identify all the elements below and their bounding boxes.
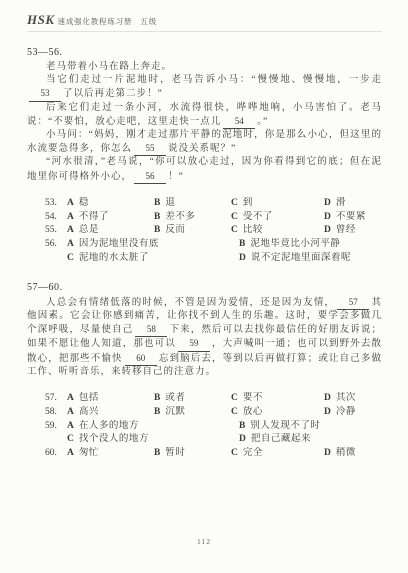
option-letter: A [67,447,74,461]
question-range-label: 53—56. [27,47,382,58]
story-paragraph: 当它们走过一片泥地时，老马告诉小马：“慢慢地、慢慢地，一步走53了以后再走第二步… [27,74,382,101]
option-text: 暂时 [165,447,185,461]
option-letter: A [67,392,74,406]
option-text: 放心 [243,406,263,420]
option-a: A高兴 [67,406,154,420]
blank-58: 58 [135,323,167,337]
question-row-56: 56. A因为泥地里没有底 B泥地毕竟比小河平静 [45,238,382,252]
option-text: 稳 [79,197,89,211]
option-text: 稍微 [336,447,356,461]
page-header: HSK 速成强化教程练习册 五级 [27,12,382,32]
question-row-56-cont: C泥地的水太脏了 D说不定泥地里面深着呢 [45,252,382,266]
option-d: D稍微 [324,447,382,461]
option-text: 要不 [243,392,263,406]
question-number-spacer [45,433,67,447]
option-text: 高兴 [79,406,99,420]
paragraph-text: ！” [168,172,184,182]
option-c: C找个没人的地方 [67,433,239,447]
blank-60: 60 [125,352,157,366]
option-d: D滑 [324,197,382,211]
question-row-55: 55. A总是 B反而 C比较 D曾经 [45,224,382,238]
option-text: 滑 [336,197,346,211]
paragraph-text: 。” [257,117,268,127]
question-row-59-cont: C找个没人的地方 D把自己藏起来 [45,433,382,447]
option-letter: C [231,197,238,211]
question-range-label: 57—60. [27,282,382,293]
question-number: 60. [45,447,67,461]
option-letter: D [324,197,331,211]
option-a: A总是 [67,224,154,238]
paragraph-text: “河水很清，”老马说，“你可以放心走过，因为你看得到它的底；但在泥地里你可得格外… [27,157,382,181]
option-d: D冷静 [324,406,382,420]
option-text: 包括 [79,392,99,406]
option-letter: B [154,197,160,211]
option-c: C要不 [231,392,324,406]
option-letter: A [67,211,74,225]
paragraph-text: 后来它们走过一条小河，水流得很快，哗哗地响，小马害怕了。老马说：“不要怕，放心走… [27,103,382,127]
option-letter: C [231,211,238,225]
option-text: 冷静 [336,406,356,420]
option-letter: C [67,252,74,266]
option-letter: D [239,433,246,447]
option-b: B泥地毕竟比小河平静 [239,238,382,252]
story-paragraph: “河水很清，”老马说，“你可以放心走过，因为你看得到它的底；但在泥地里你可得格外… [27,156,382,183]
option-c: C受不了 [231,211,324,225]
option-letter: D [324,447,331,461]
option-c: C放心 [231,406,324,420]
option-text: 完全 [243,447,263,461]
option-text: 不要紧 [336,211,366,225]
blank-56: 56 [134,170,166,184]
option-letter: B [154,224,160,238]
question-number: 53. [45,197,67,211]
option-a: A包括 [67,392,154,406]
section-57-60: 57—60. 人总会有情绪低落的时候，不管是因为爱情，还是因为友情，57其他因素… [27,282,382,461]
option-letter: A [67,406,74,420]
question-number: 57. [45,392,67,406]
question-row-59: 59. A在人多的地方 B别人发现不了时 [45,420,382,434]
option-letter: D [324,211,331,225]
option-letter: B [154,447,160,461]
option-letter: C [231,392,238,406]
option-text: 退 [165,197,175,211]
option-c: C到 [231,197,324,211]
option-text: 不得了 [79,211,109,225]
option-text: 反而 [165,224,185,238]
story-text: 老马带着小马在路上奔走。 当它们走过一片泥地时，老马告诉小马：“慢慢地、慢慢地，… [27,61,382,184]
question-number: 59. [45,420,67,434]
option-letter: A [67,197,74,211]
option-b: B反而 [154,224,231,238]
option-d: D不要紧 [324,211,382,225]
question-number: 56. [45,238,67,252]
option-b: B沉默 [154,406,231,420]
option-letter: D [324,392,331,406]
option-letter: D [239,252,246,266]
blank-54: 54 [223,115,255,129]
question-number: 58. [45,406,67,420]
option-a: A因为泥地里没有底 [67,238,239,252]
option-d: D把自己藏起来 [239,433,382,447]
blank-57: 57 [337,296,369,310]
option-text: 匆忙 [79,447,99,461]
option-text: 差不多 [165,211,195,225]
option-letter: D [324,224,331,238]
option-letter: C [231,224,238,238]
blank-53: 53 [29,87,61,101]
option-letter: B [239,238,245,252]
option-letter: A [67,224,74,238]
option-b: B差不多 [154,211,231,225]
option-letter: C [231,447,238,461]
story-paragraph: 小马问：“妈妈，刚才走过那片平静的泥地时，你是那么小心，但这里的水流要急得多，你… [27,129,382,156]
option-b: B别人发现不了时 [239,420,382,434]
paragraph-text: 了以后再走第二步！” [63,89,163,99]
option-text: 把自己藏起来 [251,433,311,447]
story-paragraph: 老马带着小马在路上奔走。 [27,61,382,74]
option-letter: C [231,406,238,420]
option-text: 其次 [336,392,356,406]
question-block-57-60: 57. A包括 B或者 C要不 D其次 58. A高兴 B沉默 C放心 D冷静 … [45,392,382,461]
option-letter: B [239,420,245,434]
option-a: A稳 [67,197,154,211]
question-row-54: 54. A不得了 B差不多 C受不了 D不要紧 [45,211,382,225]
question-row-53: 53. A稳 B退 C到 D滑 [45,197,382,211]
hsk-logo: HSK [27,12,55,28]
option-c: C泥地的水太脏了 [67,252,239,266]
question-number-spacer [45,252,67,266]
question-number: 54. [45,211,67,225]
header-title: 速成强化教程练习册 [58,16,133,27]
paragraph-text: 当它们走过一片泥地时，老马告诉小马：“慢慢地、慢慢地，一步走 [46,75,382,85]
question-row-60: 60. A匆忙 B暂时 C完全 D稍微 [45,447,382,461]
option-text: 找个没人的地方 [79,433,149,447]
option-text: 说不定泥地里面深着呢 [251,252,351,266]
option-b: B暂时 [154,447,231,461]
section-53-56: 53—56. 老马带着小马在路上奔走。 当它们走过一片泥地时，老马告诉小马：“慢… [27,47,382,266]
option-d: D说不定泥地里面深着呢 [239,252,382,266]
option-text: 受不了 [243,211,273,225]
option-text: 或者 [165,392,185,406]
option-a: A不得了 [67,211,154,225]
option-text: 泥地毕竟比小河平静 [250,238,340,252]
option-letter: B [154,406,160,420]
question-row-58: 58. A高兴 B沉默 C放心 D冷静 [45,406,382,420]
option-text: 曾经 [336,224,356,238]
option-text: 因为泥地里没有底 [79,238,159,252]
paragraph-text: 老马带着小马在路上奔走。 [46,62,172,72]
question-number: 55. [45,224,67,238]
option-letter: A [67,238,74,252]
blank-55: 55 [134,142,166,156]
paragraph-text: 说没关系呢？” [168,144,236,154]
page-number: 112 [0,537,408,546]
workbook-page: HSK 速成强化教程练习册 五级 53—56. 老马带着小马在路上奔走。 当它们… [0,0,408,573]
option-text: 总是 [79,224,99,238]
option-letter: C [67,433,74,447]
option-letter: B [154,211,160,225]
option-text: 沉默 [165,406,185,420]
story-paragraph: 人总会有情绪低落的时候，不管是因为爱情，还是因为友情，57其他因素。它会让你感到… [27,296,382,379]
option-c: C比较 [231,224,324,238]
header-level: 五级 [140,16,157,27]
story-text: 人总会有情绪低落的时候，不管是因为爱情，还是因为友情，57其他因素。它会让你感到… [27,296,382,379]
option-letter: A [67,420,74,434]
option-text: 泥地的水太脏了 [79,252,149,266]
option-text: 到 [243,197,253,211]
option-a: A匆忙 [67,447,154,461]
option-text: 比较 [243,224,263,238]
option-text: 别人发现不了时 [250,420,320,434]
story-paragraph: 后来它们走过一条小河，水流得很快，哗哗地响，小马害怕了。老马说：“不要怕，放心走… [27,102,382,129]
option-d: D曾经 [324,224,382,238]
question-block-53-56: 53. A稳 B退 C到 D滑 54. A不得了 B差不多 C受不了 D不要紧 … [45,197,382,266]
option-text: 在人多的地方 [79,420,139,434]
option-b: B或者 [154,392,231,406]
option-letter: D [324,406,331,420]
option-d: D其次 [324,392,382,406]
question-row-57: 57. A包括 B或者 C要不 D其次 [45,392,382,406]
option-a: A在人多的地方 [67,420,239,434]
option-c: C完全 [231,447,324,461]
blank-59: 59 [178,337,210,351]
option-b: B退 [154,197,231,211]
option-letter: B [154,392,160,406]
paragraph-text: 人总会有情绪低落的时候，不管是因为爱情，还是因为友情， [46,298,335,308]
